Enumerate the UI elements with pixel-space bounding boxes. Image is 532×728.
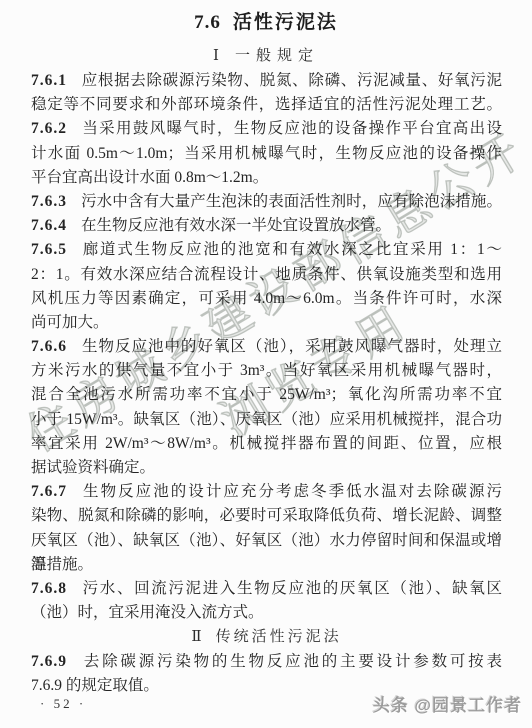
clause-text: 2：1。有效水深应结合流程设计、地质条件、供氧设施类型和选用: [31, 266, 502, 283]
clause-text: 污水中含有大量产生泡沫的表面活性剂时，应有除泡沫措施。: [81, 193, 502, 210]
clause-text: 去除碳源污染物的生物反应池的主要设计参数可按表: [81, 653, 502, 670]
clause-text: 应根据去除碳源污染物、脱氮、除磷、污泥减量、好氧污泥: [81, 72, 502, 89]
clause-text: 小于 15W/m³。缺氧区（池）、厌氧区（池）应采用机械搅拌，混合功: [31, 411, 502, 428]
clause-text: 染物、脱氮和除磷的影响，必要时可采取降低负荷、增长泥龄、调整: [31, 507, 502, 524]
body-line: 据试验资料确定。: [31, 456, 502, 480]
body-line: 染物、脱氮和除磷的影响，必要时可采取降低负荷、增长泥龄、调整: [31, 504, 502, 528]
clause-text: 平台宜高出设计水面 0.8m～1.2m。: [31, 169, 268, 186]
clause-text: 混合全池污水所需功率不宜小于 25W/m³；氧化沟所需功率不宜: [31, 386, 502, 403]
clause-line: 7.6.7生物反应池的设计应充分考虑冬季低水温对去除碳源污: [31, 480, 502, 504]
body-line: 风机压力等因素确定，可采用 4.0m～6.0m。当条件许可时，水深: [31, 287, 502, 311]
page-number: · 52 ·: [40, 696, 86, 712]
subsection-heading-text: 传统活性污泥法: [216, 629, 342, 645]
clause-number: 7.6.4: [31, 217, 67, 234]
credit-watermark: 头条 @园景工作者: [373, 691, 522, 716]
clause-number: 7.6.3: [31, 193, 67, 210]
clause-text: 计水面 0.5m～1.0m；当采用机械曝气时，生物反应池的设备操作: [31, 145, 502, 162]
body-line: 小于 15W/m³。缺氧区（池）、厌氧区（池）应采用机械搅拌，混合功: [31, 408, 502, 432]
body-line: 方米污水的供气量不宜小于 3m³。当好氧区采用机械曝气器时，: [31, 359, 502, 383]
body-text: 7.6.1应根据去除碳源污染物、脱氮、除磷、污泥减量、好氧污泥稳定等不同要求和外…: [31, 69, 502, 698]
clause-line: 7.6.5廊道式生物反应池的池宽和有效水深之比宜采用 1：1～: [31, 238, 502, 262]
clause-text: 在生物反应池有效水深一半处宜设置放水管。: [81, 217, 391, 234]
body-line: 平台宜高出设计水面 0.8m～1.2m。: [31, 166, 502, 190]
subsection-numeral: Ⅰ: [213, 48, 219, 64]
clause-number: 7.6.2: [31, 120, 67, 137]
section-title-number: 7.6: [194, 12, 221, 33]
subsection-heading-general: Ⅰ一般规定: [0, 44, 532, 65]
body-line: 等措施。: [31, 553, 502, 577]
clause-number: 7.6.6: [31, 338, 67, 355]
clause-text: 方米污水的供气量不宜小于 3m³。当好氧区采用机械曝气器时，: [31, 362, 502, 379]
body-line: （池）时，宜采用淹没入流方式。: [31, 601, 502, 625]
body-line: 2：1。有效水深应结合流程设计、地质条件、供氧设施类型和选用: [31, 263, 502, 287]
clause-text: 率宜采用 2W/m³～8W/m³。机械搅拌器布置的间距、位置，应根: [31, 435, 502, 452]
clause-text: 尚可加大。: [31, 314, 109, 331]
clause-text: 风机压力等因素确定，可采用 4.0m～6.0m。当条件许可时，水深: [31, 290, 502, 307]
body-line: 稳定等不同要求和外部环境条件，选择适宜的活性污泥处理工艺。: [31, 93, 502, 117]
clause-text: 等措施。: [31, 556, 93, 573]
clause-number: 7.6.9: [31, 653, 67, 670]
clause-line: 7.6.1应根据去除碳源污染物、脱氮、除磷、污泥减量、好氧污泥: [31, 69, 502, 93]
clause-text: 稳定等不同要求和外部环境条件，选择适宜的活性污泥处理工艺。: [31, 96, 502, 113]
clause-number: 7.6.1: [31, 72, 67, 89]
body-line: 率宜采用 2W/m³～8W/m³。机械搅拌器布置的间距、位置，应根: [31, 432, 502, 456]
clause-line: 7.6.4在生物反应池有效水深一半处宜设置放水管。: [31, 214, 502, 238]
clause-text: 生物反应池的设计应充分考虑冬季低水温对去除碳源污: [81, 483, 502, 500]
body-line: 厌氧区（池）、缺氧区（池）、好氧区（池）水力停留时间和保温或增温: [31, 529, 502, 553]
clause-text: 污水、回流污泥进入生物反应池的厌氧区（池）、缺氧区: [81, 580, 502, 597]
clause-line: 7.6.8污水、回流污泥进入生物反应池的厌氧区（池）、缺氧区: [31, 577, 502, 601]
document-page: 住房城乡建设部信息公开 浏览专用 7.6活性污泥法 Ⅰ一般规定 7.6.1应根据…: [0, 0, 532, 728]
clause-text: （池）时，宜采用淹没入流方式。: [31, 604, 264, 621]
body-line: 尚可加大。: [31, 311, 502, 335]
clause-text: 廊道式生物反应池的池宽和有效水深之比宜采用 1：1～: [81, 241, 502, 258]
subsection-heading-traditional: Ⅱ传统活性污泥法: [31, 625, 502, 649]
clause-text: 7.6.9 的规定取值。: [31, 677, 159, 694]
clause-number: 7.6.8: [31, 580, 67, 597]
clause-number: 7.6.5: [31, 241, 67, 258]
clause-line: 7.6.2当采用鼓风曝气时，生物反应池的设备操作平台宜高出设: [31, 117, 502, 141]
clause-line: 7.6.9去除碳源污染物的生物反应池的主要设计参数可按表: [31, 650, 502, 674]
subsection-numeral: Ⅱ: [191, 629, 201, 645]
clause-text: 据试验资料确定。: [31, 459, 155, 476]
section-title-text: 活性污泥法: [233, 12, 338, 33]
clause-number: 7.6.7: [31, 483, 67, 500]
clause-text: 当采用鼓风曝气时，生物反应池的设备操作平台宜高出设: [81, 120, 502, 137]
body-line: 混合全池污水所需功率不宜小于 25W/m³；氧化沟所需功率不宜: [31, 383, 502, 407]
clause-line: 7.6.3污水中含有大量产生泡沫的表面活性剂时，应有除泡沫措施。: [31, 190, 502, 214]
subsection-heading-text: 一般规定: [235, 48, 319, 64]
body-line: 计水面 0.5m～1.0m；当采用机械曝气时，生物反应池的设备操作: [31, 142, 502, 166]
clause-text: 生物反应池中的好氧区（池），采用鼓风曝气器时，处理立: [81, 338, 502, 355]
clause-line: 7.6.6生物反应池中的好氧区（池），采用鼓风曝气器时，处理立: [31, 335, 502, 359]
section-title: 7.6活性污泥法: [0, 7, 532, 34]
